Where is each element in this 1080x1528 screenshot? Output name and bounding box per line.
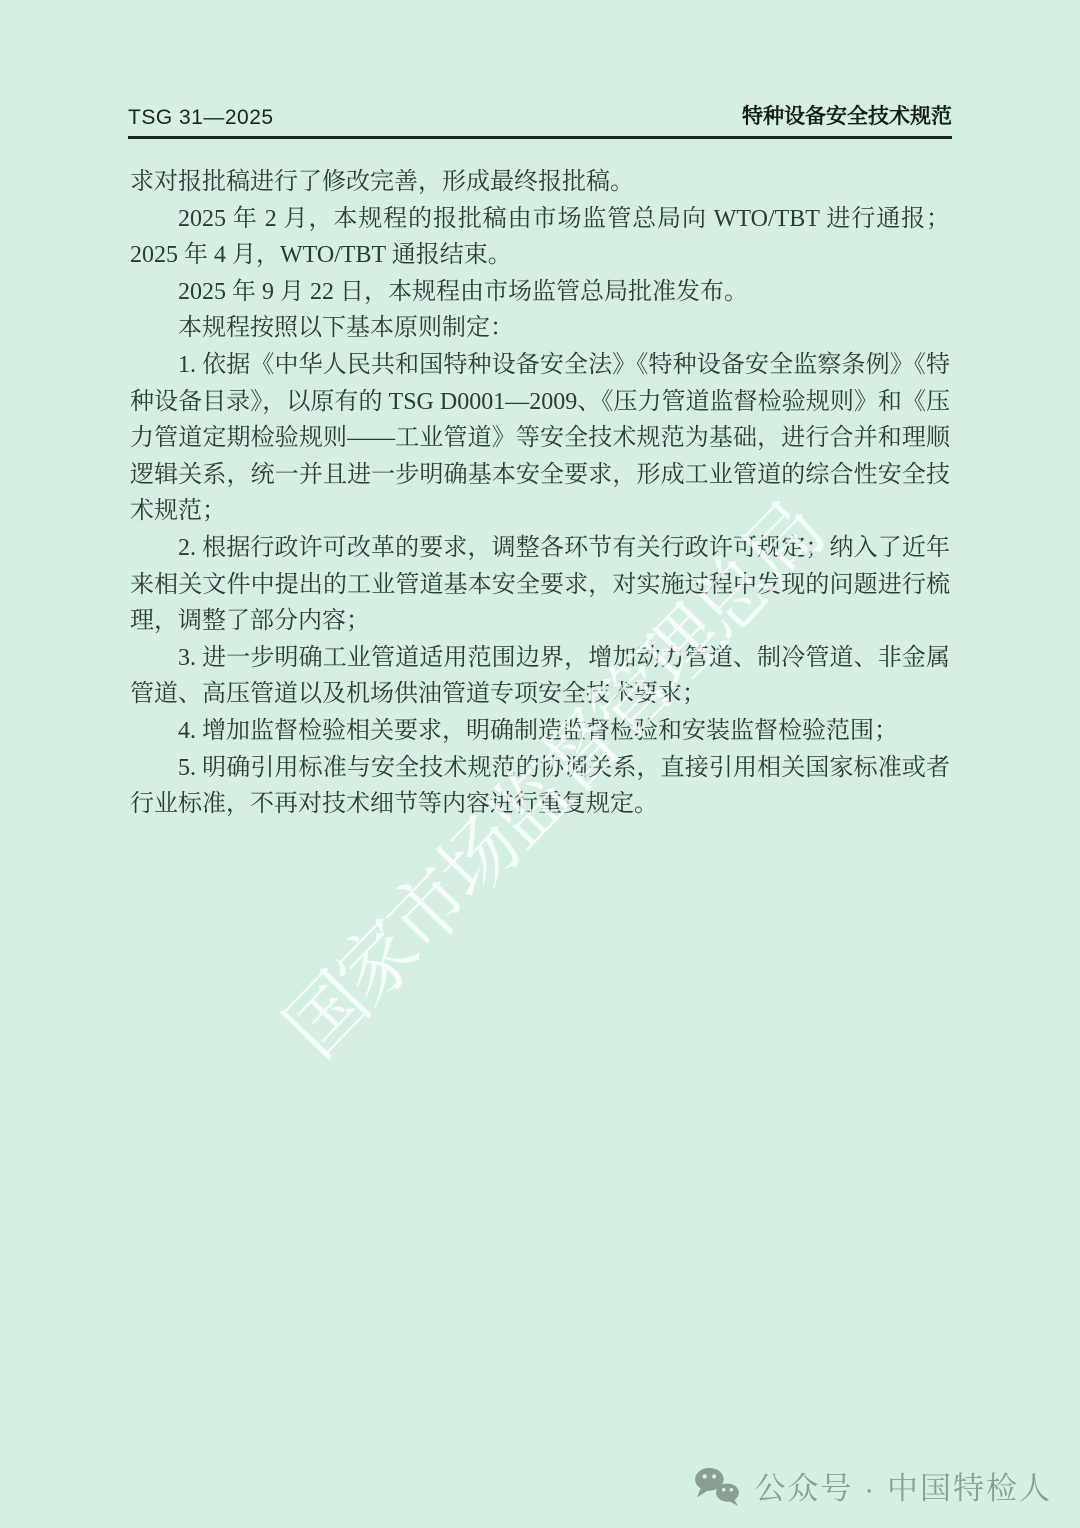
wechat-icon — [692, 1466, 742, 1506]
paragraph-continuation: 求对报批稿进行了修改完善，形成最终报批稿。 — [130, 164, 950, 201]
doc-title: 特种设备安全技术规范 — [742, 100, 952, 130]
paragraph-approval: 2025 年 9 月 22 日，本规程由市场监管总局批准发布。 — [130, 274, 950, 311]
document-body: 求对报批稿进行了修改完善，形成最终报批稿。 2025 年 2 月，本规程的报批稿… — [130, 164, 950, 823]
principle-item-3: 3. 进一步明确工业管道适用范围边界，增加动力管道、制冷管道、非金属管道、高压管… — [130, 640, 950, 713]
wechat-badge-text: 公众号 · 中国特检人 — [754, 1463, 1052, 1508]
principle-item-4: 4. 增加监督检验相关要求，明确制造监督检验和安装监督检验范围； — [130, 713, 950, 750]
principle-item-1: 1. 依据《中华人民共和国特种设备安全法》《特种设备安全监察条例》《特种设备目录… — [130, 347, 950, 530]
document-page: 国家市场监督管理总局 TSG 31—2025 特种设备安全技术规范 求对报批稿进… — [0, 0, 1080, 1528]
principle-item-5: 5. 明确引用标准与安全技术规范的协调关系，直接引用相关国家标准或者行业标准，不… — [130, 750, 950, 823]
header-rule — [128, 136, 952, 139]
page-header: TSG 31—2025 特种设备安全技术规范 — [128, 0, 952, 130]
paragraph-wto-notice: 2025 年 2 月，本规程的报批稿由市场监管总局向 WTO/TBT 进行通报；… — [130, 201, 950, 274]
principle-item-2: 2. 根据行政许可改革的要求，调整各环节有关行政许可规定；纳入了近年来相关文件中… — [130, 530, 950, 640]
doc-number: TSG 31—2025 — [128, 106, 274, 130]
paragraph-principles-intro: 本规程按照以下基本原则制定： — [130, 310, 950, 347]
wechat-account-badge: 公众号 · 中国特检人 — [692, 1463, 1052, 1508]
